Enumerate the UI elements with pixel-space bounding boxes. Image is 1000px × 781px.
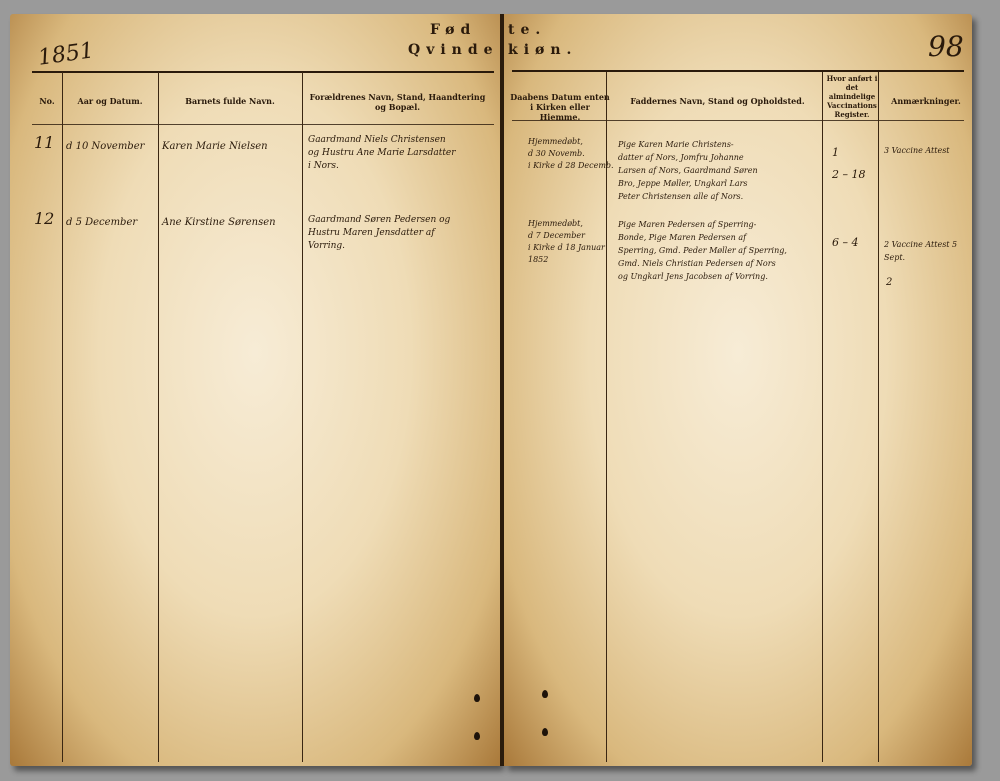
col-header-register: Hvor anført i det almindelige Vaccinatio…: [826, 74, 878, 119]
entry-godparents: Pige Karen Marie Christens- datter af No…: [618, 138, 758, 203]
col-header-remarks: Anmærkninger.: [882, 96, 970, 106]
col-header-godparents: Faddernes Navn, Stand og Opholdsted.: [610, 96, 825, 106]
ink-blot: [542, 690, 548, 698]
entry-no: 12: [34, 212, 54, 225]
col-divider: [302, 72, 303, 762]
register-book: Fød te. Qvinde kiøn. 1851 98 No. Aar og …: [10, 14, 972, 766]
entry-baptism: Hjemmedøbt, d 7 December i Kirke d 18 Ja…: [528, 218, 605, 266]
ink-blot: [474, 694, 480, 702]
header-bottom-rule-left: [32, 124, 494, 125]
title-part-left-2: Qvinde: [408, 42, 499, 58]
entry-remarks: 2 Vaccine Attest 5 Sept.: [884, 238, 972, 264]
col-header-baptism: Daabens Datum enten i Kirken eller Hiemm…: [510, 92, 610, 122]
col-header-parents: Forældrenes Navn, Stand, Haandtering og …: [305, 92, 490, 112]
entry-remarks-extra: 2: [886, 276, 892, 289]
left-page: [10, 14, 500, 766]
col-divider: [822, 72, 823, 762]
title-part-right-1: te.: [508, 22, 546, 38]
entry-date: d 10 November: [66, 140, 144, 153]
header-rule-right: [512, 70, 964, 72]
ink-blot: [474, 732, 480, 740]
ink-blot: [542, 728, 548, 736]
entry-register: 6 – 4: [832, 236, 859, 249]
entry-register: 1 2 – 18: [832, 142, 866, 186]
title-part-left-1: Fød: [430, 22, 476, 38]
title-part-right-2: kiøn.: [508, 42, 577, 58]
entry-child-name: Karen Marie Nielsen: [162, 140, 268, 153]
entry-date: d 5 December: [66, 216, 137, 229]
right-page: [504, 14, 972, 766]
col-divider: [62, 72, 63, 762]
col-header-no: No.: [32, 96, 62, 106]
entry-no: 11: [34, 136, 54, 149]
entry-godparents: Pige Maren Pedersen af Sperring- Bonde, …: [618, 218, 787, 283]
col-header-date: Aar og Datum.: [65, 96, 155, 106]
header-bottom-rule-right: [512, 120, 964, 121]
entry-remarks: 3 Vaccine Attest: [884, 144, 950, 157]
col-divider: [606, 72, 607, 762]
book-spine: [500, 14, 504, 766]
header-rule-left: [32, 71, 494, 73]
entry-child-name: Ane Kirstine Sørensen: [162, 216, 276, 229]
col-header-child-name: Barnets fulde Navn.: [160, 96, 300, 106]
col-divider: [878, 72, 879, 762]
entry-parents: Gaardmand Niels Christensen og Hustru An…: [308, 134, 456, 173]
page-number-handwritten: 98: [928, 30, 964, 63]
entry-parents: Gaardmand Søren Pedersen og Hustru Maren…: [308, 214, 450, 253]
entry-baptism: Hjemmedøbt, d 30 Novemb. i Kirke d 28 De…: [528, 136, 614, 172]
col-divider: [158, 72, 159, 762]
